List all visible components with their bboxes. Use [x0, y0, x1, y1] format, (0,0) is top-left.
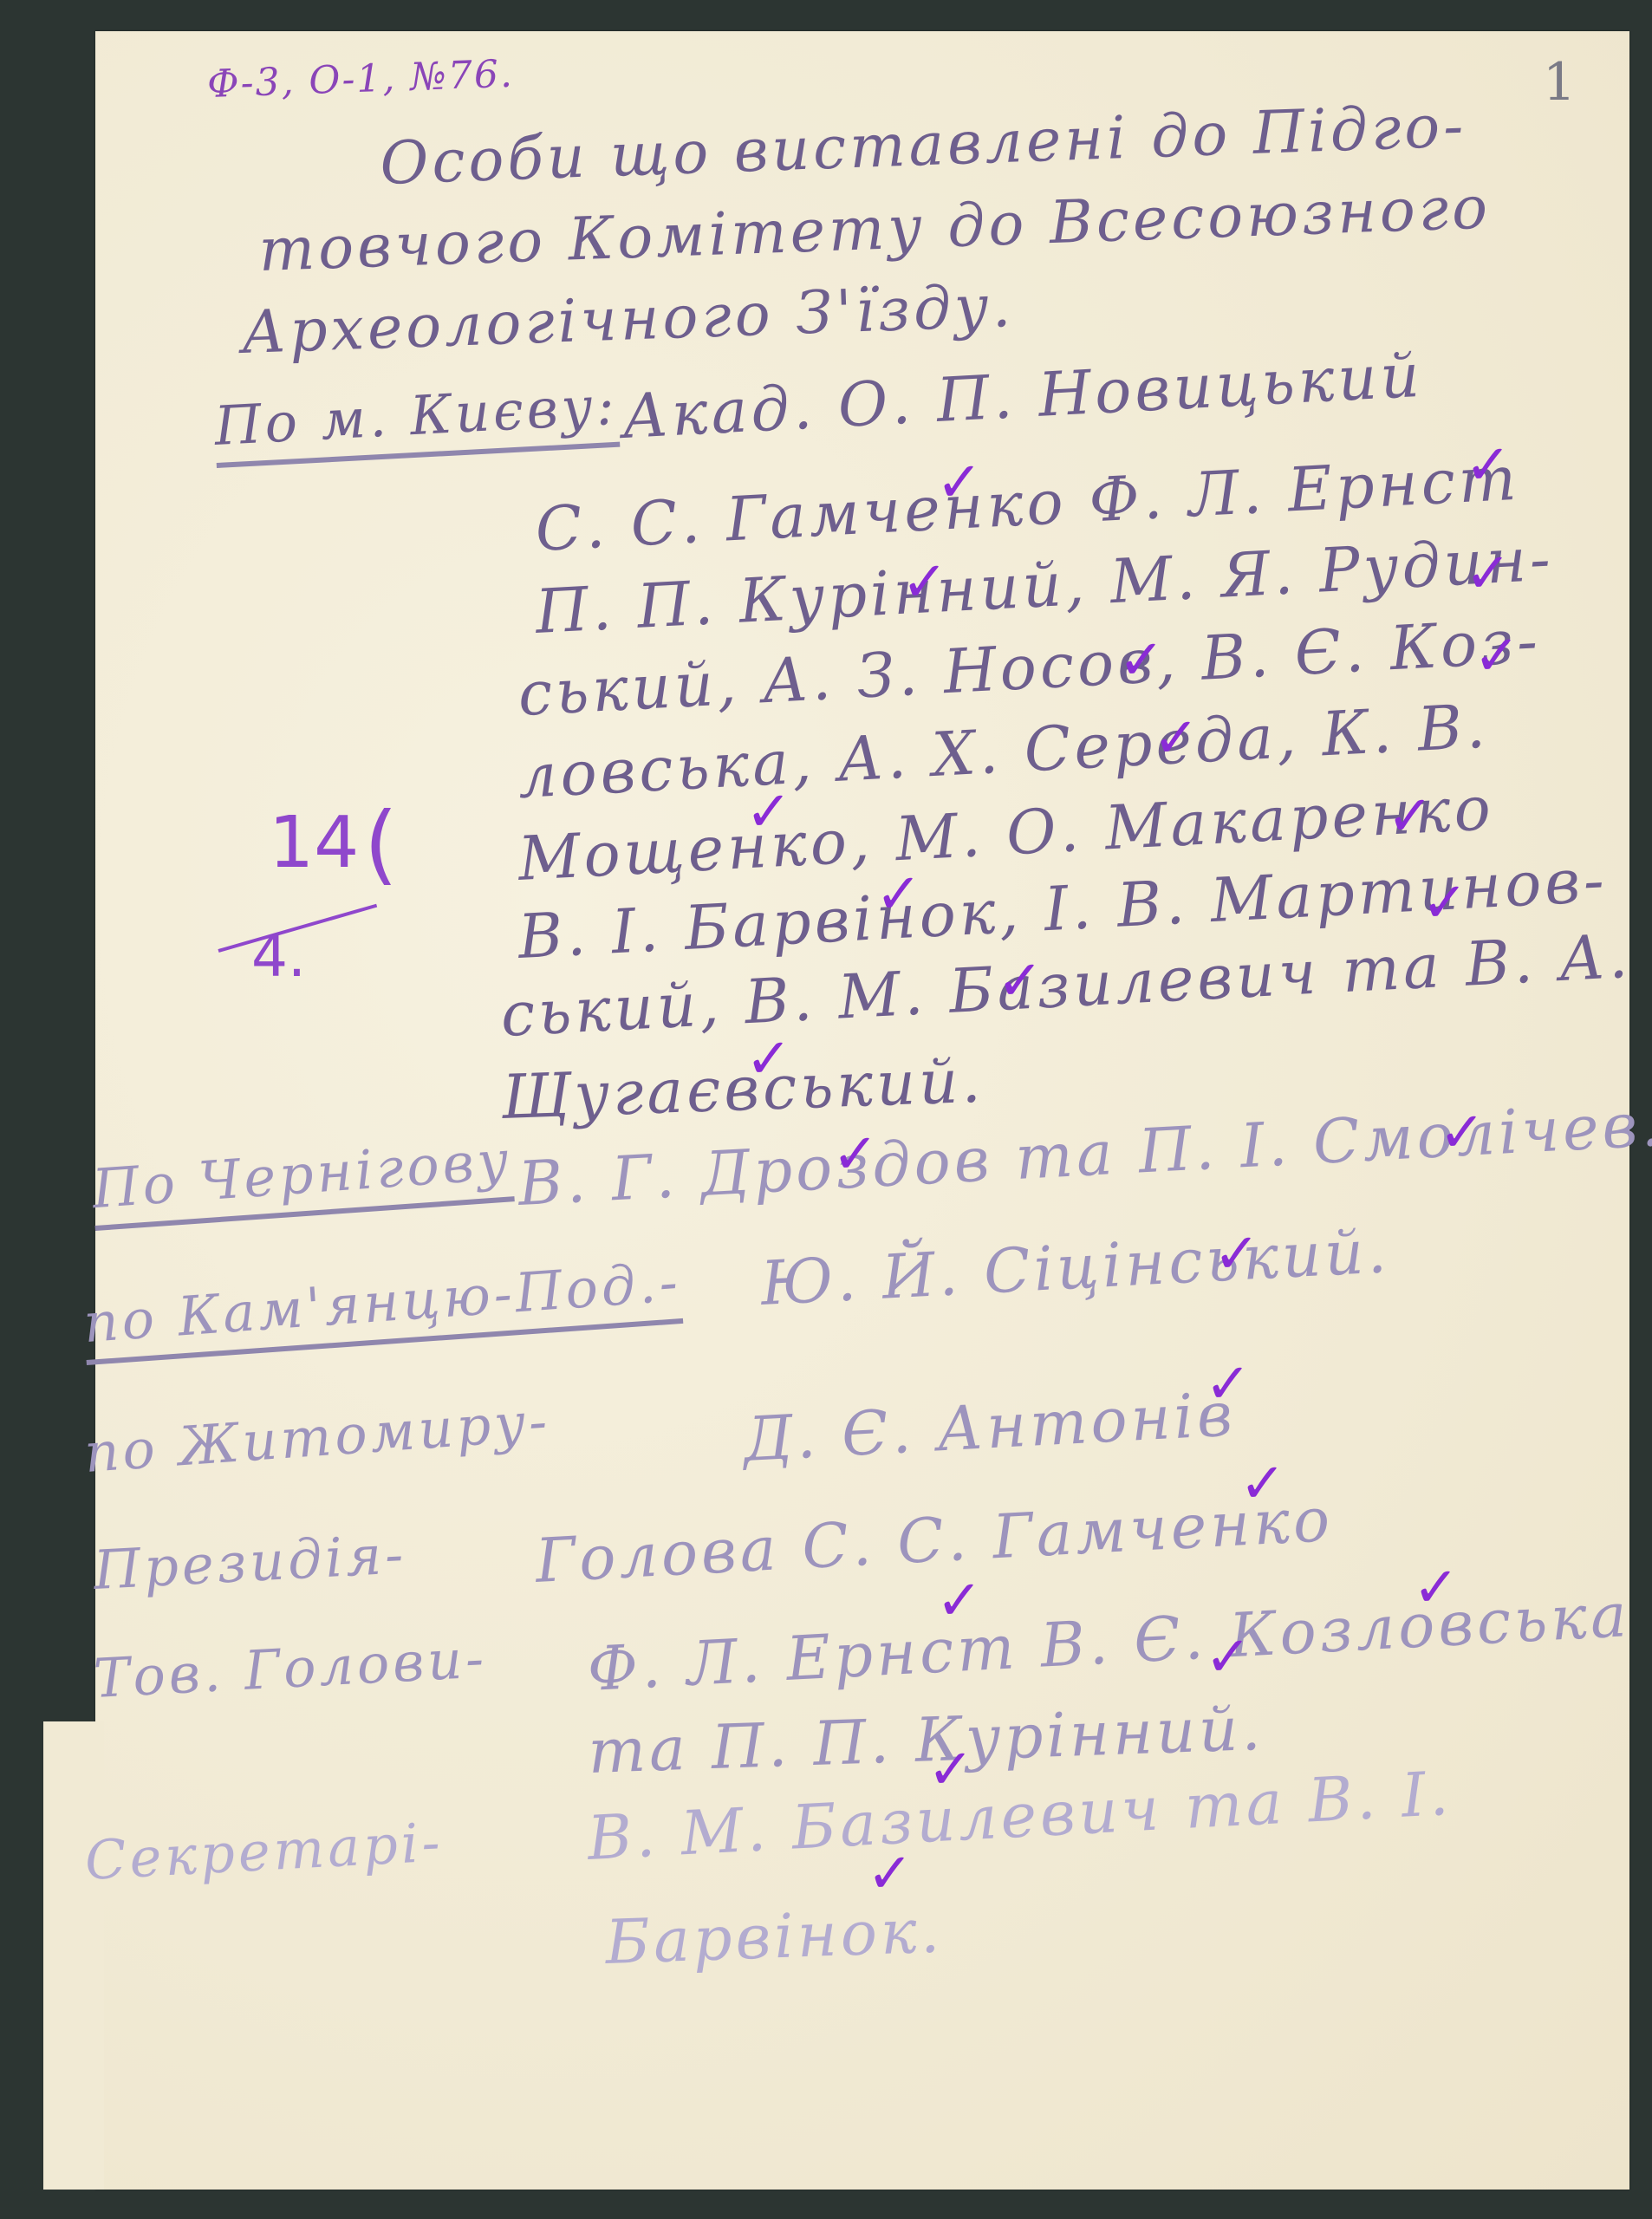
check-mark-icon: ✓	[1153, 711, 1200, 766]
margin-note-denominator: 4.	[251, 923, 306, 990]
check-mark-icon: ✓	[997, 953, 1044, 1009]
margin-note-bracket: (	[364, 793, 398, 895]
check-mark-icon: ✓	[1239, 1456, 1286, 1512]
margin-note-numerator: 14	[269, 802, 359, 884]
check-mark-icon: ✓	[1205, 1630, 1252, 1685]
check-mark-icon: ✓	[1465, 438, 1512, 493]
check-mark-icon: ✓	[936, 1573, 983, 1629]
check-mark-icon: ✓	[745, 1031, 792, 1087]
secretaries-line-2: Барвінок.	[604, 1895, 944, 1978]
check-mark-icon: ✓	[832, 1127, 879, 1182]
check-mark-icon: ✓	[875, 867, 922, 922]
check-mark-icon: ✓	[1205, 1357, 1252, 1412]
check-mark-icon: ✓	[901, 555, 948, 610]
check-mark-icon: ✓	[1118, 633, 1165, 688]
check-mark-icon: ✓	[867, 1846, 914, 1902]
check-mark-icon: ✓	[1413, 1560, 1460, 1616]
check-mark-icon: ✓	[1387, 789, 1434, 844]
check-mark-icon: ✓	[1473, 628, 1520, 684]
check-mark-icon: ✓	[1439, 1105, 1486, 1161]
check-mark-icon: ✓	[936, 455, 983, 511]
check-mark-icon: ✓	[1465, 546, 1512, 602]
check-mark-icon: ✓	[927, 1742, 974, 1798]
page-number: 1	[1543, 52, 1579, 113]
check-mark-icon: ✓	[1421, 875, 1468, 931]
check-mark-icon: ✓	[745, 784, 792, 840]
check-mark-icon: ✓	[1213, 1227, 1260, 1282]
